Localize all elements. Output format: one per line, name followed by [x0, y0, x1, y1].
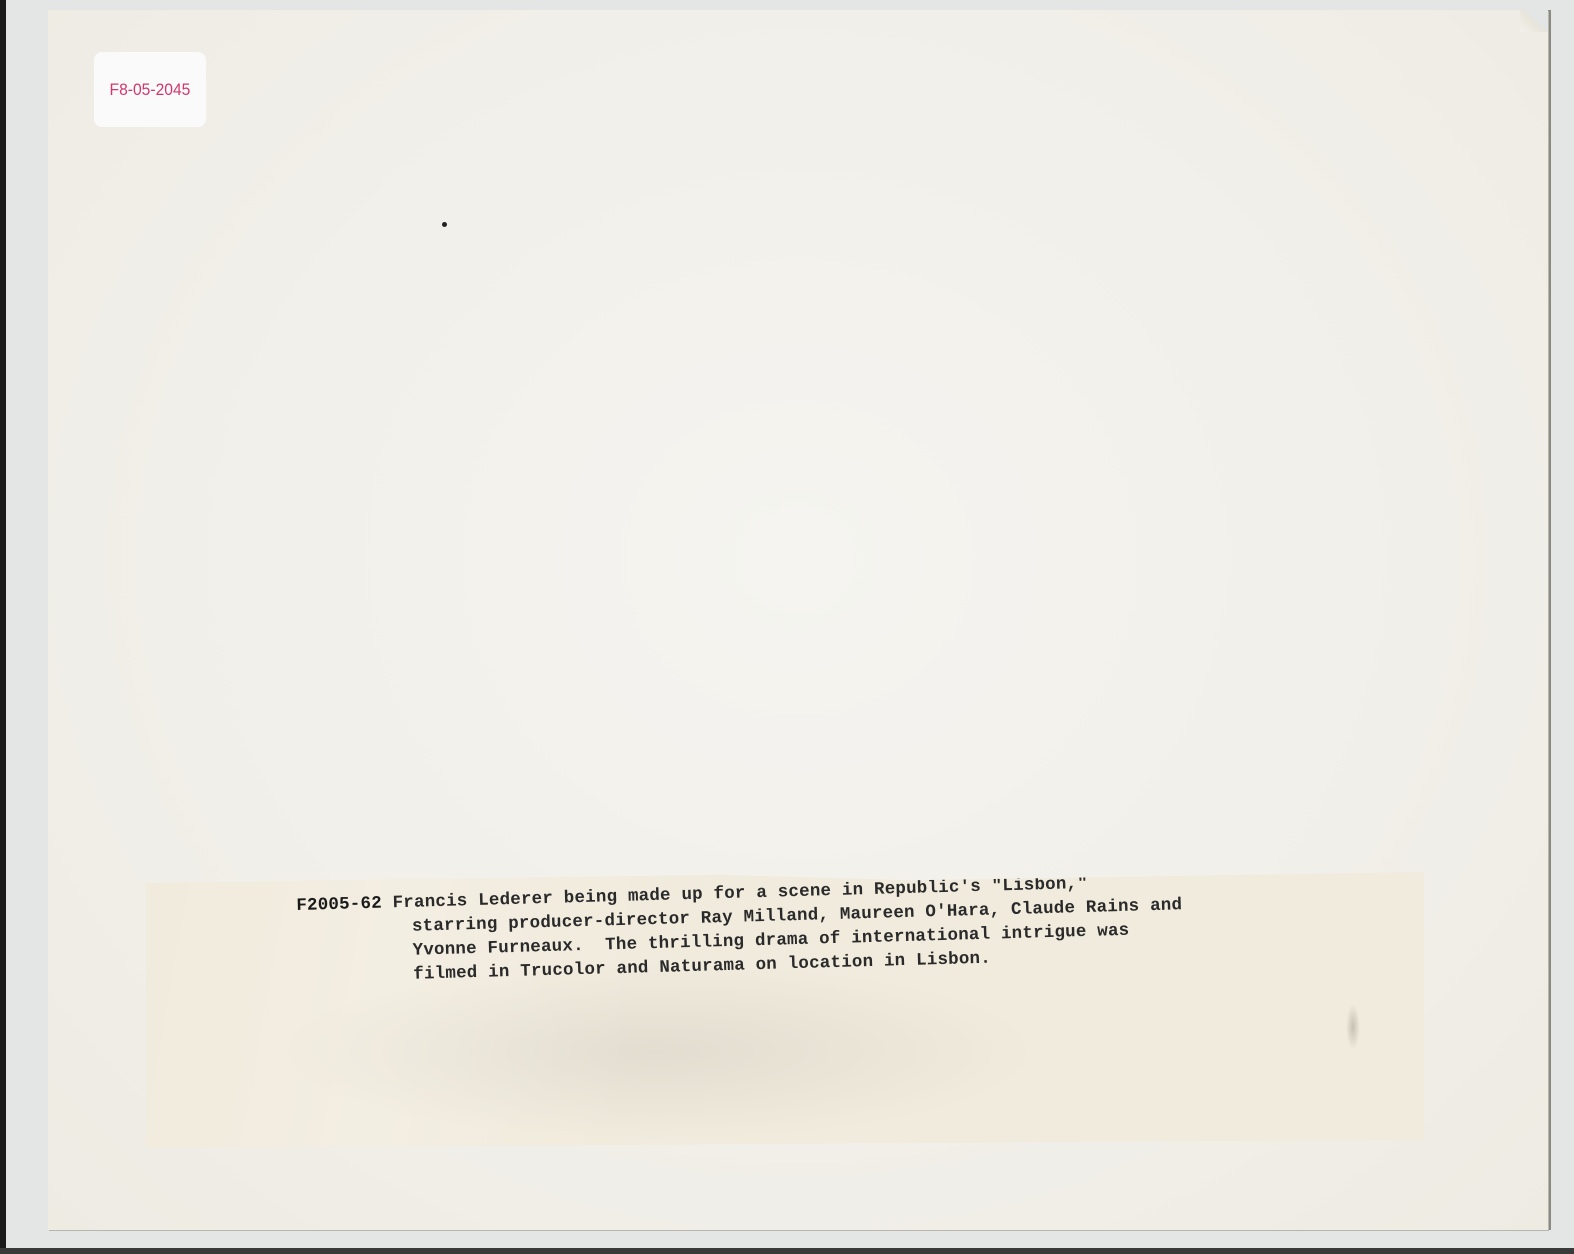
- archive-label-text: F8-05-2045: [110, 80, 191, 100]
- ink-dot: [442, 222, 447, 227]
- smudge-mark: [1346, 1004, 1360, 1050]
- archive-label: F8-05-2045: [94, 52, 206, 127]
- caption-slip: F2005-62 Francis Lederer being made up f…: [146, 872, 1424, 1148]
- photo-back: F8-05-2045 F2005-62 Francis Lederer bein…: [48, 10, 1548, 1230]
- scan-edge-bottom: [0, 1248, 1574, 1254]
- caption-text: F2005-62 Francis Lederer being made up f…: [296, 869, 1184, 990]
- corner-fold: [1520, 10, 1548, 32]
- scan-edge-left: [0, 0, 6, 1254]
- caption-number: F2005-62: [296, 892, 382, 918]
